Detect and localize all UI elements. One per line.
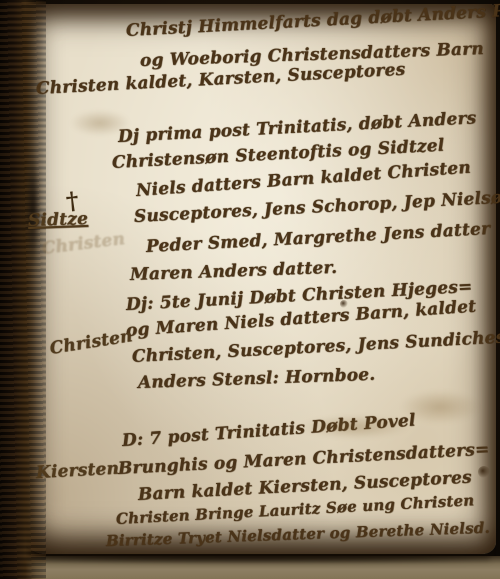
- ink-blot: [340, 300, 348, 308]
- manuscript-photo: Christj Himmelfarts dag døbt Anders Pede…: [0, 0, 500, 579]
- bleed-through-smudge: [400, 390, 480, 424]
- margin-name-note: Sidtze: [28, 210, 89, 231]
- margin-name-note: Kiersten: [36, 460, 120, 483]
- ink-blot: [478, 466, 490, 478]
- bleed-through-smudge: [70, 110, 130, 136]
- bleed-through-smudge: [300, 415, 410, 439]
